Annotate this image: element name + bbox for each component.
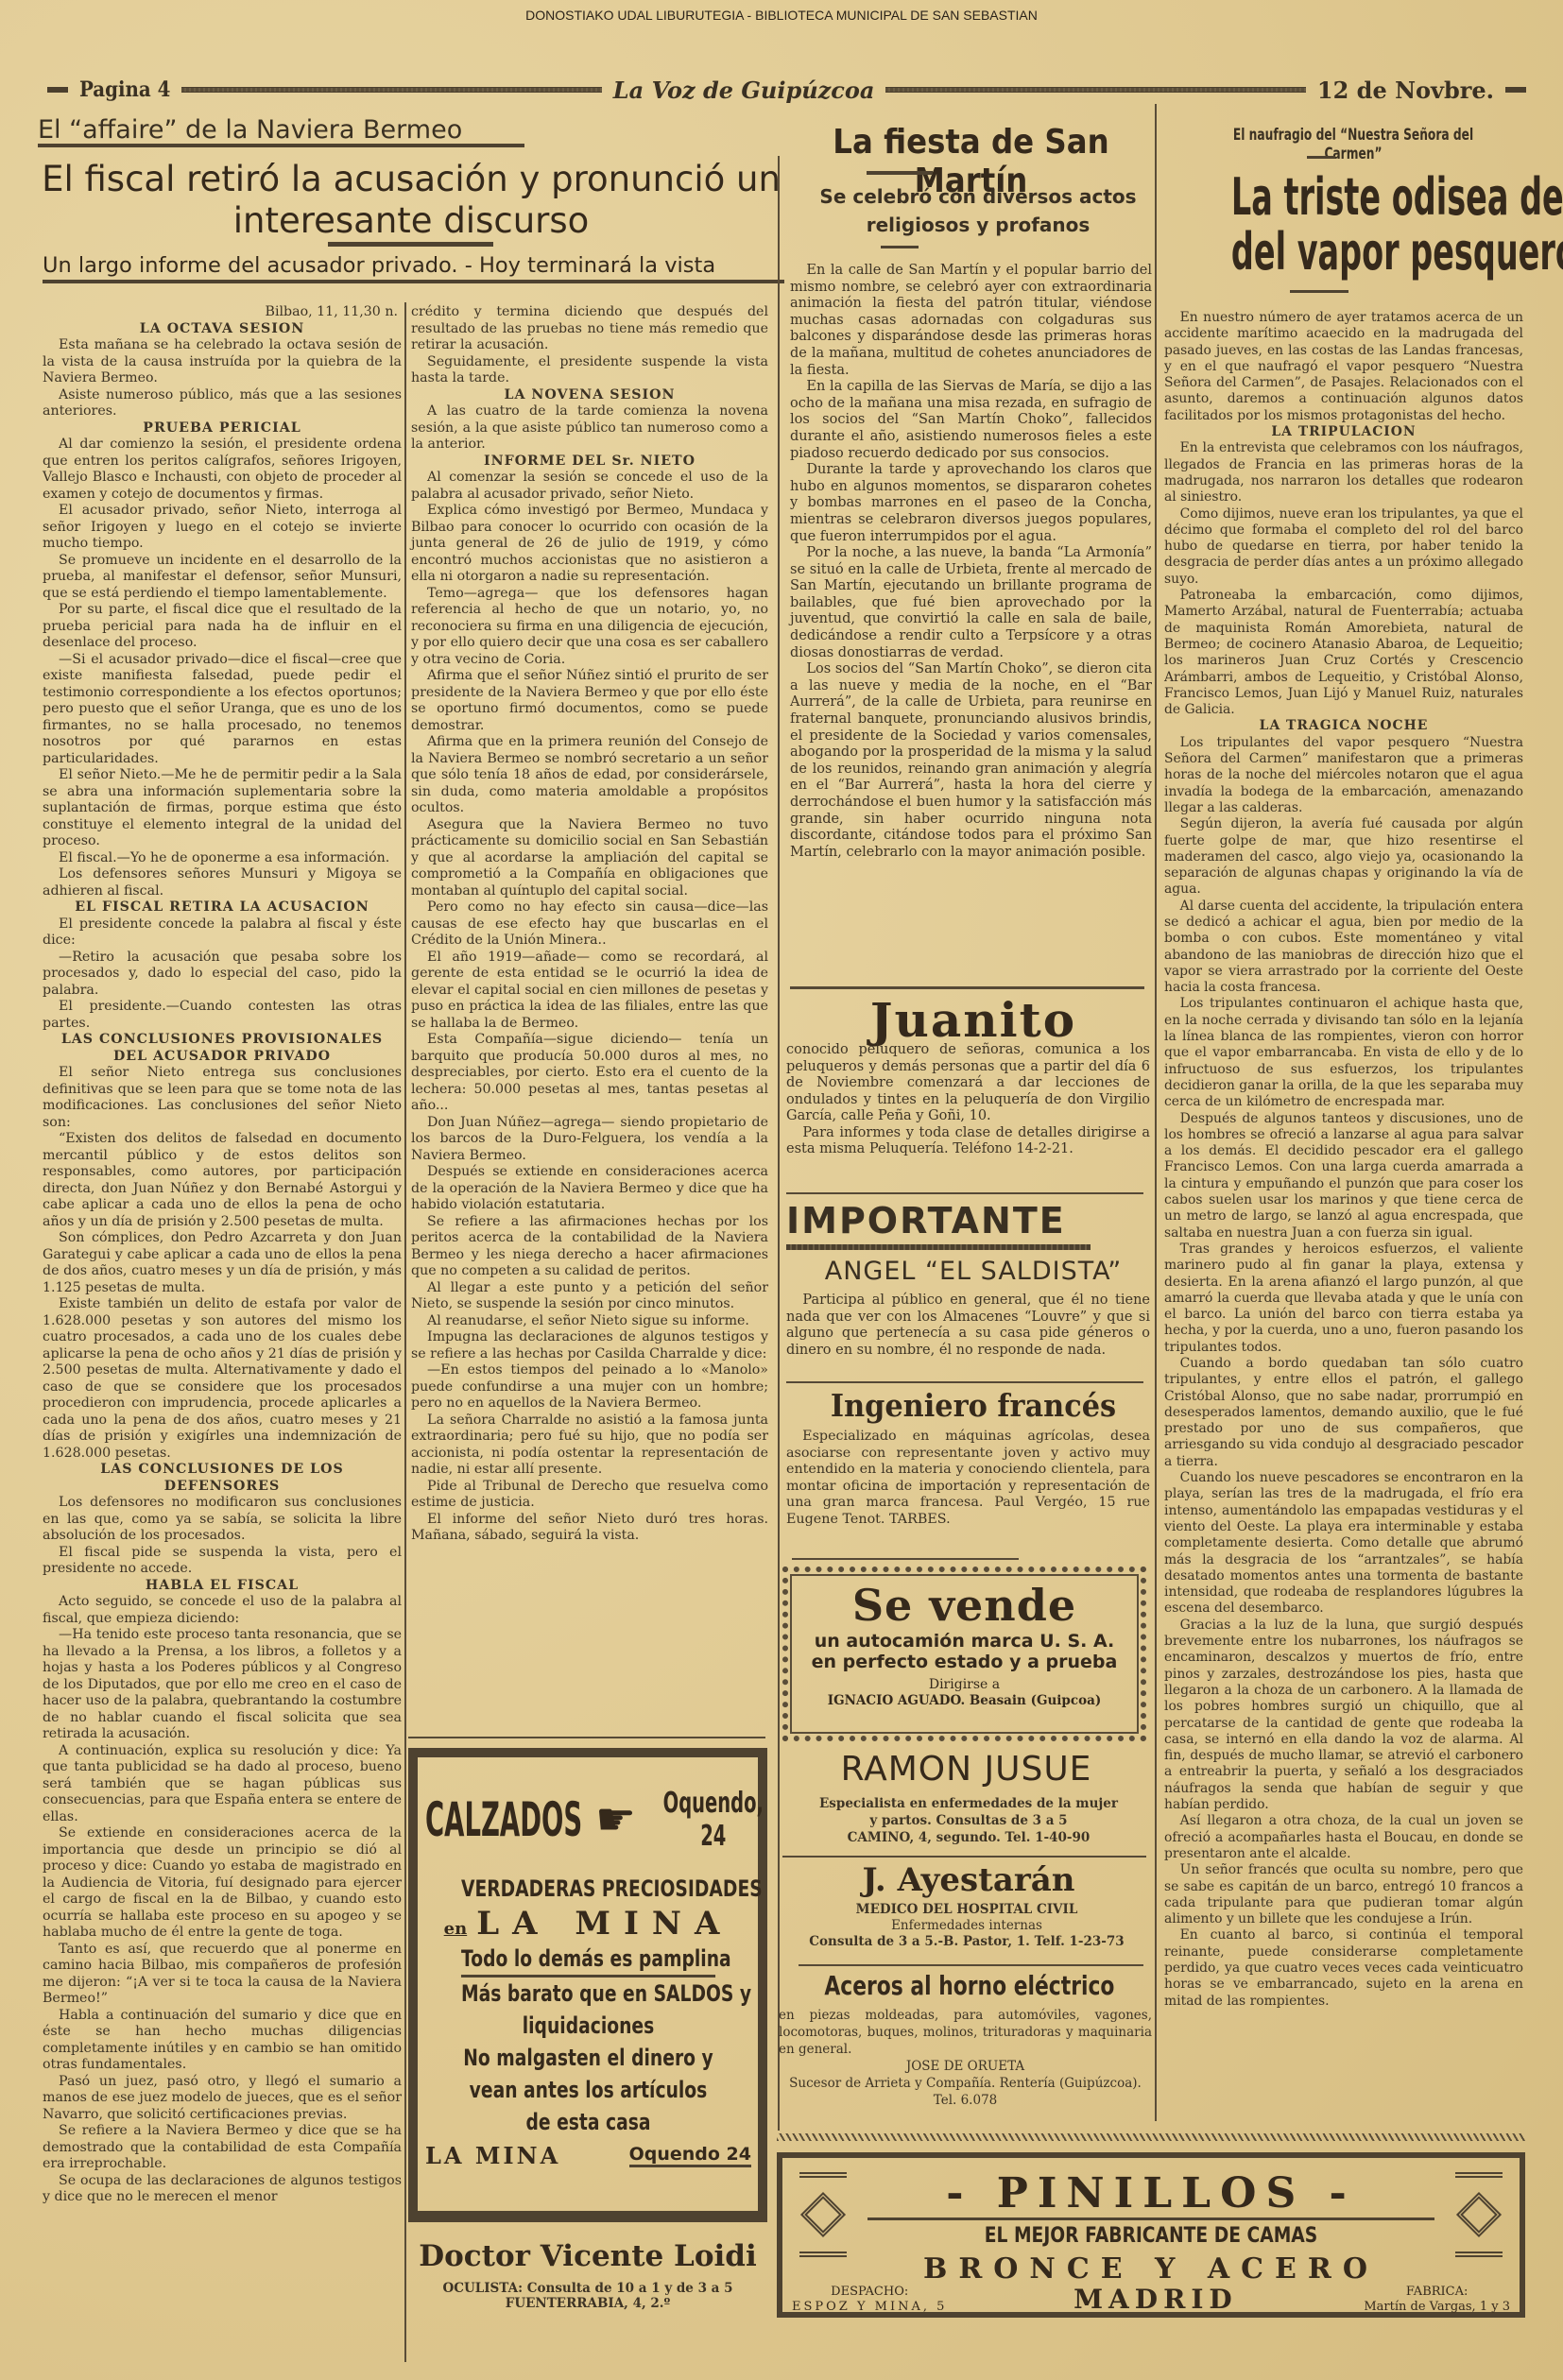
section-subhead: PRUEBA PERICIAL (43, 420, 402, 437)
ingeniero-ad-title: Ingeniero francés (804, 1387, 1143, 1424)
ramon-jusue-ad-body: Especialista en enfermedades de la mujer… (784, 1795, 1153, 1846)
diamond-ornament-icon (1455, 2172, 1503, 2257)
divider (328, 242, 493, 247)
paragraph: —En estos tiempos del peinado a lo «Mano… (411, 1362, 768, 1413)
paragraph: En la entrevista que celebramos con los … (1164, 440, 1523, 505)
ad-text: en (444, 1919, 468, 1939)
ad-text: IGNACIO AGUADO. Beasain (Guipcoa) (788, 1693, 1141, 1708)
issue-date: 12 de Novbre. (1317, 77, 1494, 104)
ad-frame-edge (408, 2211, 767, 2222)
naufragio-headline: La triste odisea de los náufragos del va… (1231, 170, 1471, 280)
ad-text: Participa al público en general, que él … (786, 1293, 1150, 1359)
ad-text: Consulta de 3 a 5.-B. Pastor, 1. Telf. 1… (781, 1934, 1153, 1950)
section-subhead: INFORME DEL Sr. NIETO (411, 454, 768, 471)
paragraph: Por su parte, el fiscal dice que el resu… (43, 602, 402, 652)
paragraph: Afirma que el señor Núñez sintió el prur… (411, 668, 768, 734)
paragraph: Son cómplices, don Pedro Azcarreta y don… (43, 1230, 402, 1296)
bermeo-column-1: Bilbao, 11, 11,30 n. LA OCTAVA SESIONEst… (43, 304, 402, 2206)
paragraph: Existe también un delito de estafa por v… (43, 1296, 402, 1462)
ad-text: en perfecto estado y a prueba (788, 1652, 1141, 1672)
paragraph: El señor Nieto entrega sus conclusiones … (43, 1065, 402, 1131)
ad-text: Sucesor de Arrieta y Compañía. Rentería … (779, 2075, 1152, 2109)
divider (799, 1964, 1143, 1966)
ad-text: liquidaciones (461, 2010, 715, 2042)
paragraph: Al comenzar la sesión se concede el uso … (411, 470, 768, 503)
paragraph: Después de algunos tanteos y discusiones… (1164, 1111, 1523, 1241)
bermeo-column-2: crédito y termina diciendo que después d… (411, 304, 768, 1545)
section-subhead: EL FISCAL RETIRA LA ACUSACION (43, 899, 402, 916)
divider (786, 1381, 1143, 1383)
ad-title: Se vende (788, 1580, 1141, 1631)
diamond-ornament-icon (799, 2172, 847, 2257)
paragraph: El presidente concede la palabra al fisc… (43, 916, 402, 950)
ad-text: en piezas moldeadas, para automóviles, v… (779, 2007, 1152, 2058)
ad-text: VERDADERAS PRECIOSIDADES (461, 1873, 715, 1905)
ad-text: vean antes los artículos (461, 2074, 715, 2106)
paragraph: Explica cómo investigó por Bermeo, Munda… (411, 503, 768, 586)
paragraph: Los defensores señores Munsuri y Migoya … (43, 866, 402, 899)
divider (38, 144, 524, 147)
ad-address: Oquendo 24 (629, 2144, 751, 2167)
section-subhead: LA TRIPULACION (1164, 424, 1523, 440)
ad-label: FABRICA: (1364, 2285, 1510, 2300)
ramon-jusue-ad-title: RAMON JUSUE (784, 1750, 1148, 1789)
paragraph: Don Juan Núñez—agrega— siendo propietari… (411, 1115, 768, 1165)
divider (792, 1558, 1019, 1560)
loidi-ad-body: OCULISTA: Consulta de 10 a 1 y de 3 a 5 … (408, 2281, 767, 2311)
paragraph: En la capilla de las Siervas de María, s… (790, 379, 1152, 462)
section-subhead: LA NOVENA SESION (411, 387, 768, 404)
ad-text: y partos. Consultas de 3 a 5 (784, 1812, 1153, 1829)
ad-title: CALZADOS (425, 1792, 519, 1847)
paragraph: Los socios del “San Martín Choko”, se di… (790, 661, 1152, 861)
paragraph: Patroneaba la embarcación, como dijimos,… (1164, 588, 1523, 718)
divider (790, 986, 1144, 989)
paragraph: Al darse cuenta del accidente, la tripul… (1164, 899, 1523, 997)
dateline: Bilbao, 11, 11,30 n. (43, 304, 402, 321)
ayestaran-ad-title: J. Ayestarán (784, 1861, 1153, 1899)
section-subhead: HABLA EL FISCAL (43, 1578, 402, 1595)
ad-text: BRONCE Y ACERO (820, 2252, 1482, 2286)
paragraph: Cuando los nueve pescadores se encontrar… (1164, 1470, 1523, 1618)
paragraph: Se refiere a las afirmaciones hechas por… (411, 1214, 768, 1280)
ad-text: EL MEJOR FABRICANTE DE CAMAS (910, 2224, 1392, 2248)
bermeo-headline: El fiscal retiró la acusación y pronunci… (38, 159, 784, 242)
paragraph: crédito y termina diciendo que después d… (411, 304, 768, 354)
divider (1307, 156, 1335, 159)
library-watermark: DONOSTIAKO UDAL LIBURUTEGIA - BIBLIOTECA… (0, 8, 1563, 23)
paragraph: Afirma que en la primera reunión del Con… (411, 734, 768, 817)
ad-text: un autocamión marca U. S. A. (788, 1631, 1141, 1652)
naufragio-kicker: El naufragio del “Nuestra Señora del Car… (1217, 126, 1489, 163)
juanito-ad-body: conocido peluquero de señoras, comunica … (786, 1042, 1150, 1158)
ad-text: Especializado en máquinas agrícolas, des… (786, 1429, 1150, 1528)
newspaper-title: La Voz de Guipúzcoa (613, 77, 875, 104)
ad-text: No malgasten el dinero y (461, 2042, 715, 2074)
section-subhead: LAS CONCLUSIONES PROVISIONALES DEL ACUSA… (43, 1032, 402, 1065)
se-vende-ad: Se vende un autocamión marca U. S. A. en… (782, 1567, 1146, 1741)
naufragio-body: En nuestro número de ayer tratamos acerc… (1164, 310, 1523, 2010)
paragraph: Esta Compañía—sigue diciendo— tenía un b… (411, 1032, 768, 1115)
paragraph: Pero como no hay efecto sin causa—dice—l… (411, 899, 768, 950)
san-martin-deck: Se celebró con diversos actos religiosos… (794, 182, 1162, 239)
paragraph: Los tripulantes continuaron el achique h… (1164, 996, 1523, 1110)
ad-label: DESPACHO: (792, 2285, 947, 2300)
paragraph: Impugna las declaraciones de algunos tes… (411, 1329, 768, 1362)
headline-line: del vapor pesquero (1231, 225, 1471, 280)
ad-text: Enfermedades internas (781, 1918, 1153, 1934)
paragraph: Después se extiende en consideraciones a… (411, 1164, 768, 1214)
paragraph: Temo—agrega— que los defensores hagan re… (411, 586, 768, 669)
juanito-ad-title: Juanito (832, 992, 1115, 1048)
paragraph: Como dijimos, nueve eran los tripulantes… (1164, 506, 1523, 588)
ad-city: MADRID (1073, 2284, 1238, 2315)
paragraph: Durante la tarde y aprovechando los clar… (790, 462, 1152, 545)
importante-ad-title: IMPORTANTE (786, 1200, 1066, 1241)
paragraph: El año 1919—añade— como se recordará, al… (411, 950, 768, 1033)
paragraph: Habla a continuación del sumario y dice … (43, 2008, 402, 2074)
paragraph: Pide al Tribunal de Derecho que resuelva… (411, 1479, 768, 1512)
paragraph: Al llegar a este punto y a petición del … (411, 1280, 768, 1313)
ingeniero-ad-body: Especializado en máquinas agrícolas, des… (786, 1429, 1150, 1528)
paragraph: Se ocupa de las declaraciones de algunos… (43, 2173, 402, 2206)
paragraph: Tras grandes y heroicos esfuerzos, el va… (1164, 1241, 1523, 1356)
pinillos-ad: - PINILLOS - EL MEJOR FABRICANTE DE CAMA… (777, 2152, 1525, 2318)
page-number: Pagina 4 (79, 77, 170, 102)
ad-text: Para informes y toda clase de detalles d… (786, 1125, 1150, 1158)
paragraph: Esta mañana se ha celebrado la octava se… (43, 337, 402, 387)
calzados-ad: CALZADOS ☛ Oquendo, 24 VERDADERAS PRECIO… (425, 1767, 751, 2169)
headline-line: La triste odisea de los náufragos (1231, 170, 1471, 225)
decorative-border (777, 2133, 1525, 2141)
paragraph: Un señor francés que oculta su nombre, p… (1164, 1862, 1523, 1927)
paragraph: Asegura que la Naviera Bermeo no tuvo pr… (411, 817, 768, 900)
paragraph: Pasó un juez, pasó otro, y llegó el suma… (43, 2074, 402, 2124)
aceros-ad-body: en piezas moldeadas, para automóviles, v… (779, 2007, 1152, 2109)
paragraph: Los tripulantes del vapor pesquero “Nues… (1164, 735, 1523, 816)
ayestaran-ad-body: MEDICO DEL HOSPITAL CIVIL Enfermedades i… (781, 1902, 1153, 1950)
paragraph: Seguidamente, el presidente suspende la … (411, 354, 768, 387)
paragraph: En la calle de San Martín y el popular b… (790, 263, 1152, 379)
ad-text: conocido peluquero de señoras, comunica … (786, 1042, 1150, 1125)
paragraph: La señora Charralde no asistió a la famo… (411, 1413, 768, 1479)
ad-text: ESPOZ Y MINA, 5 (792, 2300, 947, 2315)
ad-brand: enLA MINA (425, 1905, 751, 1943)
paragraph: Asiste numeroso público, más que a las s… (43, 387, 402, 420)
despacho-address: DESPACHO: ESPOZ Y MINA, 5 (792, 2285, 947, 2315)
paragraph: Según dijeron, la avería fué causada por… (1164, 816, 1523, 898)
divider (786, 1192, 1143, 1194)
paragraph: —Ha tenido este proceso tanta resonancia… (43, 1627, 402, 1743)
saldista-name: ANGEL “EL SALDISTA” (789, 1257, 1158, 1286)
paragraph: Acto seguido, se concede el uso de la pa… (43, 1594, 402, 1627)
san-martin-body: En la calle de San Martín y el popular b… (790, 263, 1152, 861)
ad-text: de esta casa (461, 2106, 715, 2138)
ad-frame-edge (758, 2060, 767, 2220)
paragraph: Se extiende en consideraciones acerca de… (43, 1825, 402, 1942)
paragraph: A las cuatro de la tarde comienza la nov… (411, 403, 768, 454)
paragraph: Se refiere a la Naviera Bermeo y dice qu… (43, 2123, 402, 2173)
paragraph: El acusador privado, señor Nieto, interr… (43, 503, 402, 553)
section-subhead: LAS CONCLUSIONES DE LOS DEFENSORES (43, 1462, 402, 1495)
masthead-rule (181, 87, 601, 93)
divider (881, 246, 919, 248)
ad-text: CAMINO, 4, segundo. Tel. 1-40-90 (784, 1829, 1153, 1846)
ad-address: Oquendo, 24 (663, 1787, 764, 1853)
masthead-rule (885, 87, 1305, 93)
rule-ornament (47, 87, 68, 93)
paragraph: El informe del señor Nieto duró tres hor… (411, 1512, 768, 1545)
paragraph: Por la noche, a las nueve, la banda “La … (790, 545, 1152, 661)
paragraph: Se promueve un incidente en el desarroll… (43, 553, 402, 603)
paragraph: Tanto es así, que recuerdo que al ponerm… (43, 1942, 402, 2008)
rule-ornament (1505, 87, 1526, 93)
bermeo-kicker: El “affaire” de la Naviera Bermeo (38, 115, 462, 145)
section-subhead: LA TRAGICA NOCHE (1164, 718, 1523, 734)
masthead: Pagina 4 La Voz de Guipúzcoa 12 de Novbr… (47, 76, 1526, 104)
paragraph: “Existen dos delitos de falsedad en docu… (43, 1131, 402, 1230)
paragraph: Cuando a bordo quedaban tan sólo cuatro … (1164, 1356, 1523, 1470)
paragraph: Gracias a la luz de la luna, que surgió … (1164, 1618, 1523, 1814)
paragraph: Los defensores no modificaron sus conclu… (43, 1495, 402, 1545)
divider (867, 171, 933, 175)
ad-text: MEDICO DEL HOSPITAL CIVIL (781, 1902, 1153, 1918)
paragraph: Al reanudarse, el señor Nieto sigue su i… (411, 1313, 768, 1330)
ad-frame-edge (408, 2060, 418, 2220)
section-subhead: LA OCTAVA SESION (43, 321, 402, 338)
ad-text: Especialista en enfermedades de la mujer (784, 1795, 1153, 1812)
paragraph: Así llegaron a otra choza, de la cual un… (1164, 1813, 1523, 1862)
fabrica-address: FABRICA: Martín de Vargas, 1 y 3 (1364, 2285, 1510, 2315)
column-rule (404, 302, 406, 2362)
ad-text: Más barato que en SALDOS y (461, 1978, 715, 2010)
divider (782, 1856, 1146, 1858)
ad-brand: LA MINA (425, 2142, 560, 2169)
aceros-ad-title: Aceros al horno eléctrico (824, 1970, 1108, 2001)
paragraph: El presidente.—Cuando contesten las otra… (43, 999, 402, 1032)
paragraph: El señor Nieto.—Me he de permitir pedir … (43, 767, 402, 850)
ad-text: Dirigirse a (788, 1676, 1141, 1693)
ad-title: - PINILLOS - (867, 2169, 1434, 2220)
paragraph: —Si el acusador privado—dice el fiscal—c… (43, 652, 402, 768)
column-rule (778, 156, 780, 2131)
divider (1290, 290, 1348, 293)
loidi-ad-title: Doctor Vicente Loidi (408, 2239, 767, 2273)
pointing-hand-icon: ☛ (595, 1793, 636, 1846)
divider (408, 1737, 765, 1738)
ad-text: Todo lo demás es pamplina (461, 1943, 715, 1978)
paragraph: En cuanto al barco, si continúa el tempo… (1164, 1927, 1523, 2009)
ad-text: FUENTERRABIA, 4, 2.º (408, 2296, 767, 2311)
paragraph: A continuación, explica su resolución y … (43, 1743, 402, 1826)
paragraph: —Retiro la acusación que pesaba sobre lo… (43, 950, 402, 1000)
divider (786, 1244, 1091, 1250)
paragraph: El fiscal pide se suspenda la vista, per… (43, 1545, 402, 1578)
ad-text: LA MINA (476, 1905, 732, 1943)
paragraph: El fiscal.—Yo he de oponerme a esa infor… (43, 850, 402, 867)
ad-text: JOSE DE ORUETA (779, 2058, 1152, 2075)
bermeo-deck: Un largo informe del acusador privado. -… (43, 253, 784, 283)
ad-text: OCULISTA: Consulta de 10 a 1 y de 3 a 5 (408, 2281, 767, 2296)
ad-text: Martín de Vargas, 1 y 3 (1364, 2300, 1510, 2315)
column-rule (1155, 104, 1157, 2121)
paragraph: En nuestro número de ayer tratamos acerc… (1164, 310, 1523, 424)
saldista-body: Participa al público en general, que él … (786, 1293, 1150, 1359)
paragraph: Al dar comienzo la sesión, el presidente… (43, 437, 402, 503)
